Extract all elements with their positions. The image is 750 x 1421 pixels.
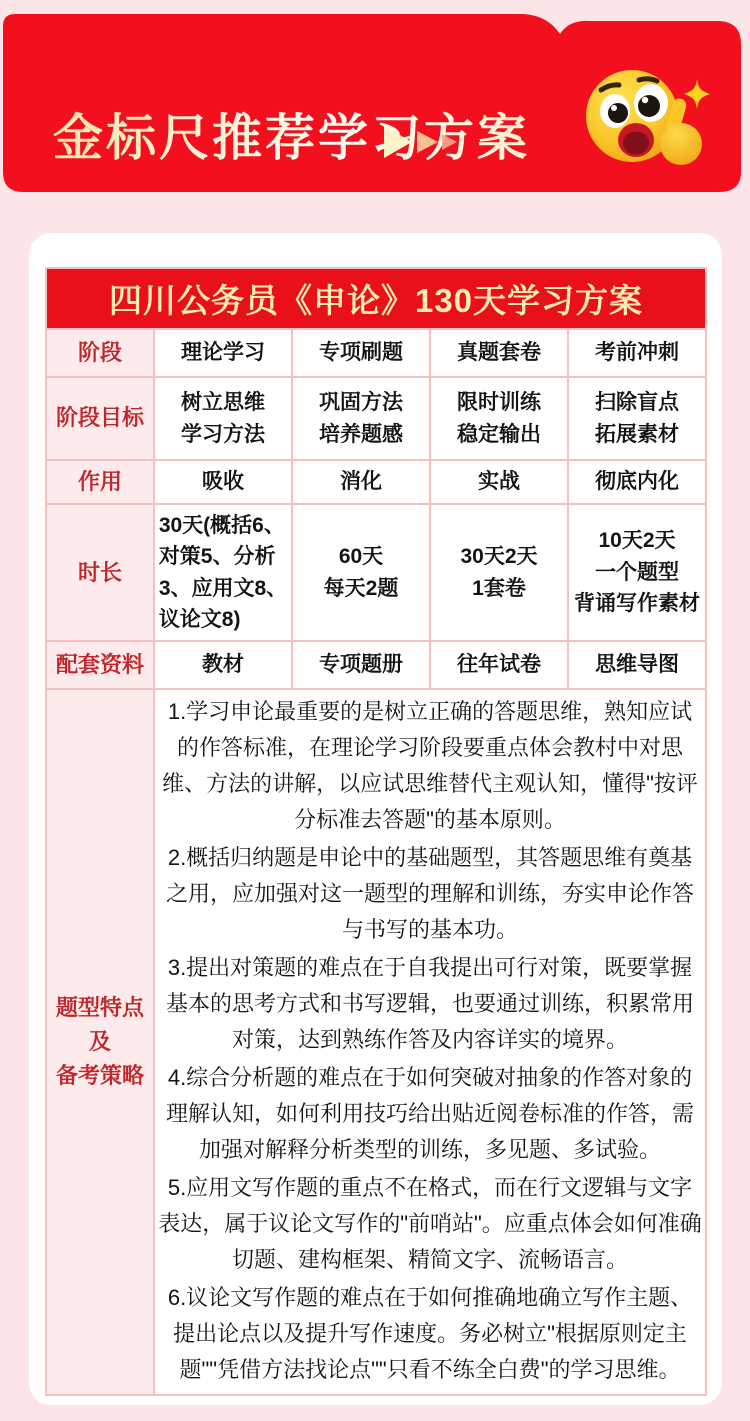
sparkle-icon <box>684 79 710 109</box>
table-cell: 10天2天 一个题型 背诵写作素材 <box>568 504 706 641</box>
row-strategy: 题型特点 及 备考策略 1.学习申论最重要的是树立正确的答题思维，熟知应试的作答… <box>46 689 706 1395</box>
table-cell: 30天(概括6、 对策5、分析 3、应用文8、 议论文8) <box>154 504 292 641</box>
table-cell: 扫除盲点 拓展素材 <box>568 377 706 460</box>
table-cell: 往年试卷 <box>430 641 568 689</box>
row-label-stage: 阶段 <box>46 329 154 377</box>
row-materials: 配套资料 教材 专项题册 往年试卷 思维导图 <box>46 641 706 689</box>
table-cell: 30天2天 1套卷 <box>430 504 568 641</box>
strategy-cell: 1.学习申论最重要的是树立正确的答题思维，熟知应试的作答标准，在理论学习阶段要重… <box>154 689 706 1395</box>
row-stage-goal: 阶段目标 树立思维 学习方法 巩固方法 培养题感 限时训练 稳定输出 扫除盲点 … <box>46 377 706 460</box>
table-cell: 树立思维 学习方法 <box>154 377 292 460</box>
row-label-strategy: 题型特点 及 备考策略 <box>46 689 154 1395</box>
table-cell: 真题套卷 <box>430 329 568 377</box>
table-cell: 60天 每天2题 <box>292 504 430 641</box>
page: { "page": { "background_color": "#fbe5e6… <box>0 0 750 1421</box>
strategy-paragraph: 1.学习申论最重要的是树立正确的答题思维，熟知应试的作答标准，在理论学习阶段要重… <box>158 694 702 838</box>
plan-card: 四川公务员《申论》130天学习方案 阶段 理论学习 专项刷题 真题套卷 考前冲刺… <box>29 233 722 1405</box>
row-label-role: 作用 <box>46 460 154 504</box>
row-role: 作用 吸收 消化 实战 彻底内化 <box>46 460 706 504</box>
table-cell: 专项刷题 <box>292 329 430 377</box>
strategy-paragraph: 5.应用文写作题的重点不在格式，而在行文逻辑与文字表达，属于议论文写作的"前哨站… <box>158 1170 702 1278</box>
strategy-paragraph: 3.提出对策题的难点在于自我提出可行对策，既要掌握基本的思考方式和书写逻辑，也要… <box>158 950 702 1058</box>
strategy-paragraph: 4.综合分析题的难点在于如何突破对抽象的作答对象的理解认知，如何利用技巧给出贴近… <box>158 1060 702 1168</box>
table-cell: 实战 <box>430 460 568 504</box>
table-cell: 消化 <box>292 460 430 504</box>
triple-right-arrow-icon <box>384 126 464 160</box>
study-plan-table: 四川公务员《申论》130天学习方案 阶段 理论学习 专项刷题 真题套卷 考前冲刺… <box>45 267 707 1396</box>
row-stage: 阶段 理论学习 专项刷题 真题套卷 考前冲刺 <box>46 329 706 377</box>
table-cell: 教材 <box>154 641 292 689</box>
strategy-paragraph: 2.概括归纳题是申论中的基础题型，其答题思维有奠基之用，应加强对这一题型的理解和… <box>158 840 702 948</box>
row-label-stage-goal: 阶段目标 <box>46 377 154 460</box>
table-cell: 彻底内化 <box>568 460 706 504</box>
row-label-materials: 配套资料 <box>46 641 154 689</box>
table-cell: 理论学习 <box>154 329 292 377</box>
table-cell: 思维导图 <box>568 641 706 689</box>
table-cell: 巩固方法 培养题感 <box>292 377 430 460</box>
surprised-emoji-icon <box>578 56 718 176</box>
row-duration: 时长 30天(概括6、 对策5、分析 3、应用文8、 议论文8) 60天 每天2… <box>46 504 706 641</box>
header-banner: 金标尺推荐学习方案 高分自然养成 <box>3 14 741 192</box>
table-cell: 吸收 <box>154 460 292 504</box>
table-cell: 限时训练 稳定输出 <box>430 377 568 460</box>
table-cell: 专项题册 <box>292 641 430 689</box>
table-title: 四川公务员《申论》130天学习方案 <box>46 268 706 329</box>
row-label-duration: 时长 <box>46 504 154 641</box>
strategy-paragraph: 6.议论文写作题的难点在于如何推确地确立写作主题、提出论点以及提升写作速度。务必… <box>158 1280 702 1388</box>
table-cell: 考前冲刺 <box>568 329 706 377</box>
